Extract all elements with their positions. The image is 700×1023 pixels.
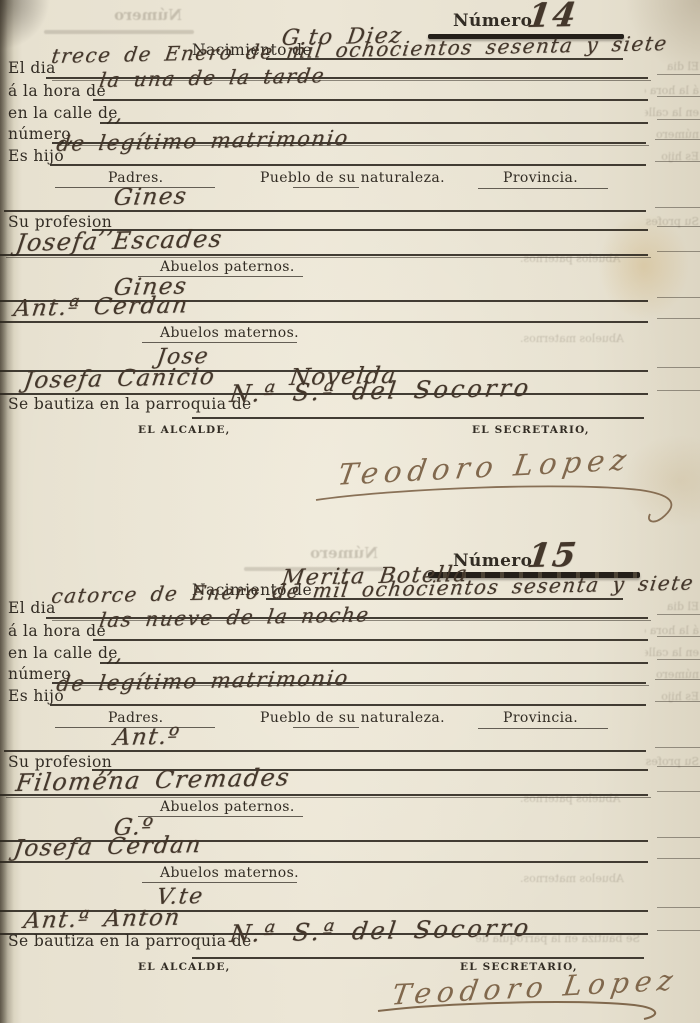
father-name-value: Gines (112, 183, 189, 211)
paternal-grandmother-value: Josefa Cerdan (12, 832, 204, 862)
header-underline (478, 188, 608, 189)
bleedthrough-text: Abuelos maternos. (520, 872, 624, 885)
header-underline (478, 728, 608, 729)
birth-hour-value: las nueve de la noche (98, 602, 371, 632)
birth-date-value: trece de Enero de mil ochocientos sesent… (50, 31, 669, 68)
filiation-value: de legítimo matrimonio (55, 126, 351, 156)
el-dia-label: El dia (8, 599, 56, 617)
filiation-value: de legítimo matrimonio (55, 666, 351, 696)
father-name-value: Ant.º (112, 724, 182, 751)
ruled-line (192, 417, 644, 419)
pueblo-header: Pueblo de su naturaleza. (260, 710, 445, 726)
maternal-grandmother-value: Ant.ª Anton (22, 905, 183, 934)
hora-label: á la hora de (8, 622, 106, 640)
record-number-value: 15 (525, 535, 580, 575)
header-underline (293, 727, 359, 728)
bleedthrough-text: Abuelos maternos. (520, 332, 624, 345)
ruled-line (0, 861, 648, 863)
ruled-line (0, 794, 648, 796)
se-bautiza-label: Se bautiza en la parroquia de (8, 395, 252, 413)
secretary-signature: Teodoro Lopez (310, 438, 692, 533)
header-underline (142, 342, 297, 343)
bleedthrough-numero: Número (42, 6, 182, 24)
alcalde-label: EL ALCALDE, (138, 424, 230, 436)
ruled-line (93, 639, 648, 641)
parish-value: N.ª S.ª del Socorro (228, 374, 533, 408)
ruled-line (100, 122, 648, 124)
abuelos-maternos-header: Abuelos maternos. (160, 325, 299, 341)
pueblo-header: Pueblo de su naturaleza. (260, 170, 445, 186)
hora-label: á la hora de (8, 82, 106, 100)
ruled-line (100, 662, 648, 664)
se-bautiza-label: Se bautiza en la parroquia de (8, 932, 252, 950)
header-underline (293, 187, 359, 188)
secretario-label: EL SECRETARIO, (472, 424, 590, 436)
calle-label: en la calle de (8, 104, 118, 122)
bleedthrough-text: en la calle de (645, 646, 699, 659)
calle-label: en la calle de (8, 644, 118, 662)
mother-name-value: Josefa Escades (14, 225, 225, 257)
bleedthrough-text: El dia (645, 600, 699, 613)
header-underline (138, 816, 303, 817)
ruled-line (4, 210, 646, 212)
abuelos-maternos-header: Abuelos maternos. (160, 865, 299, 881)
bleedthrough-bar (44, 30, 194, 34)
provincia-header: Provincia. (503, 170, 578, 186)
provincia-header: Provincia. (503, 710, 578, 726)
abuelos-paternos-header: Abuelos paternos. (160, 799, 295, 815)
bleedthrough-numero: Número (238, 544, 378, 562)
alcalde-label: EL ALCALDE, (138, 961, 230, 973)
ruled-line (192, 957, 644, 959)
birth-record-14: Número Número 14 Nacimiento de G.to Diez… (0, 0, 700, 540)
bleedthrough-text: El dia (645, 60, 699, 73)
parish-value: N.ª S.ª del Socorro (228, 914, 533, 948)
mother-name-value: Filomena Cremades (14, 763, 292, 797)
el-dia-label: El dia (8, 59, 56, 77)
register-book-page: Número Número 14 Nacimiento de G.to Diez… (0, 0, 700, 1023)
record-number-value: 14 (525, 0, 580, 35)
header-underline (142, 882, 297, 883)
secretary-signature: Teodoro Lopez (372, 965, 682, 1023)
numero-header-label: Número (453, 11, 532, 31)
ruled-line (50, 704, 646, 706)
ruled-line (0, 254, 648, 256)
bleedthrough-text: en la calle de (645, 106, 699, 119)
maternal-grandmother-value: Josefa Canicio (22, 364, 217, 394)
ruled-line (93, 99, 648, 101)
birth-hour-value: la una de la tarde (98, 63, 327, 92)
birth-record-15: Número Número 15 Nacimiento de Merita Bo… (0, 540, 700, 1023)
ruled-line (4, 750, 646, 752)
ruled-line (50, 164, 646, 166)
ruled-line (0, 321, 648, 323)
paternal-grandmother-value: Ant.ª Cerdan (12, 292, 190, 322)
